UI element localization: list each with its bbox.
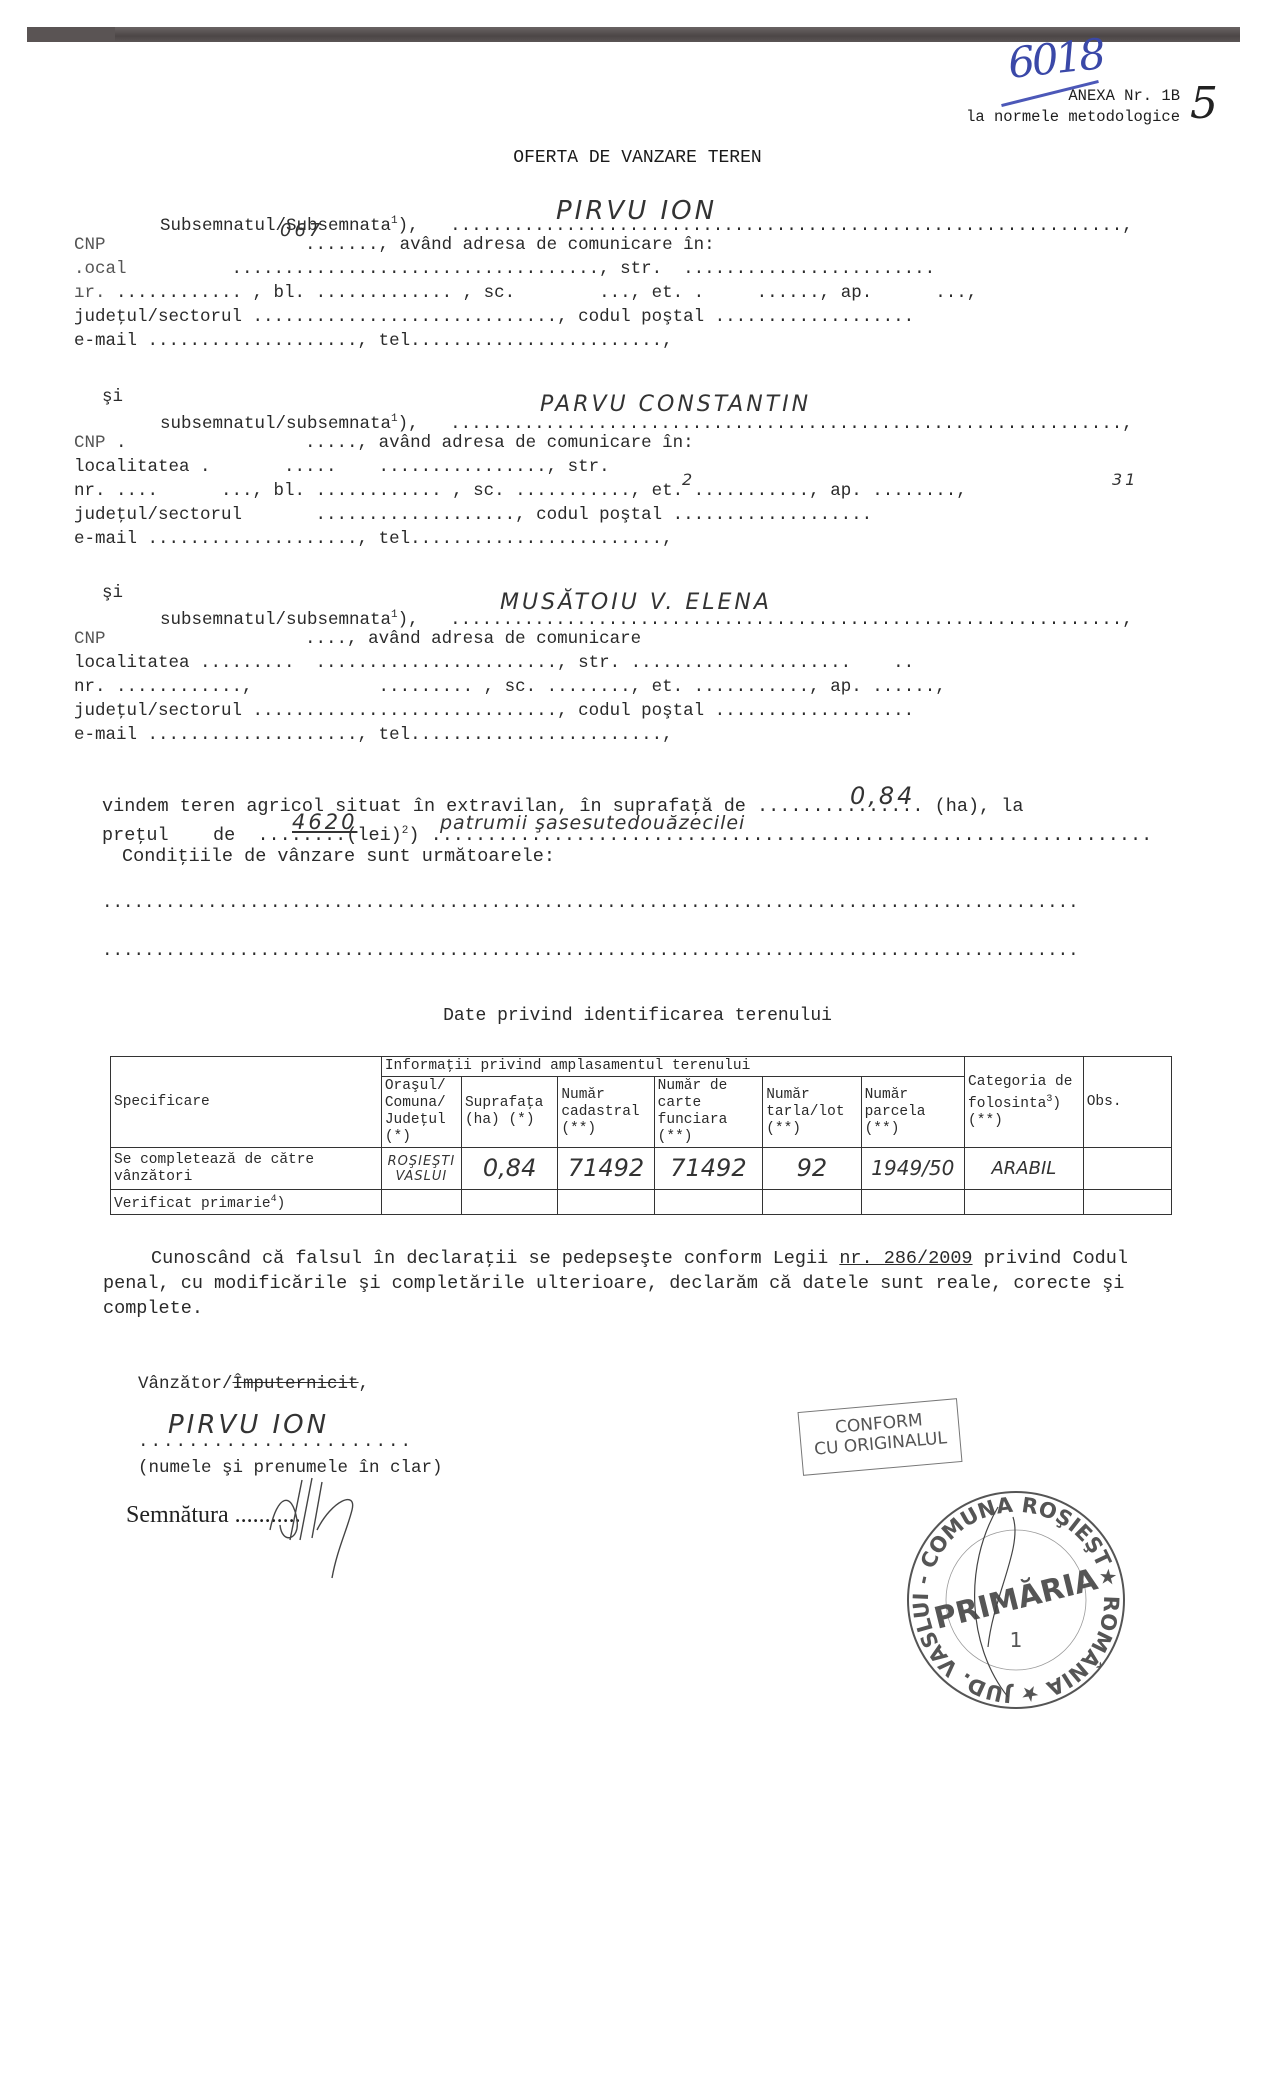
cell-use-category[interactable]: ARABIL bbox=[965, 1148, 1084, 1190]
seller-2-prefix: şi bbox=[102, 386, 123, 408]
header-plot: Număr tarla/lot (**) bbox=[763, 1077, 861, 1148]
cell-plot[interactable] bbox=[763, 1190, 861, 1215]
seller-1-county-line: judeţul/sectorul .......................… bbox=[74, 306, 914, 328]
svg-text:1: 1 bbox=[1010, 1628, 1023, 1652]
cell-parcel[interactable]: 1949/50 bbox=[861, 1148, 964, 1190]
seller-3-nr-line: nr. ............, ......... , sc. ......… bbox=[74, 676, 946, 698]
seller-2-sc-value[interactable]: 2 bbox=[682, 470, 695, 489]
area-value[interactable]: 0,84 bbox=[850, 782, 915, 810]
cell-parcel[interactable] bbox=[861, 1190, 964, 1215]
cell-city[interactable] bbox=[381, 1190, 461, 1215]
table-title: Date privind identificarea terenului bbox=[0, 1006, 1275, 1026]
seller-3-locality-line: localitatea ......... ..................… bbox=[74, 652, 914, 674]
seller-2-nr-line: nr. .... ..., bl. ............ , sc. ...… bbox=[74, 480, 967, 502]
seller-name-dots: ...................... bbox=[138, 1432, 413, 1452]
header-location-group: Informaţii privind amplasamentul terenul… bbox=[381, 1057, 964, 1077]
declaration-text: Cunoscând că falsul în declaraţii se ped… bbox=[103, 1246, 1203, 1321]
seller-signature-block: Vânzător/Împuternicit, PIRVU ION .......… bbox=[138, 1374, 369, 1394]
seller-3-prefix: şi bbox=[102, 582, 123, 604]
cell-land-book[interactable]: 71492 bbox=[654, 1148, 763, 1190]
header-specification: Specificare bbox=[111, 1057, 382, 1148]
cell-area[interactable]: 0,84 bbox=[461, 1148, 557, 1190]
header-land-book: Număr de carte funciara (**) bbox=[654, 1077, 763, 1148]
law-reference: nr. 286/2009 bbox=[839, 1248, 972, 1269]
seller-2-name[interactable]: PARVU CONSTANTIN bbox=[540, 392, 811, 417]
seller-3-cnp-line: CNP ...., având adresa de comunicare bbox=[74, 628, 641, 650]
header-obs: Obs. bbox=[1083, 1057, 1171, 1148]
seller-1-nr-line: ır. ............ , bl. ............. , s… bbox=[74, 282, 977, 304]
annex-header: ANEXA Nr. 1B la normele metodologice bbox=[966, 86, 1180, 128]
seller-2-locality-line: localitatea . ..... ................, st… bbox=[74, 456, 610, 478]
cell-area[interactable] bbox=[461, 1190, 557, 1215]
document-title: OFERTA DE VANZARE TEREN bbox=[0, 148, 1275, 168]
seller-2-email-line: e-mail ...................., tel........… bbox=[74, 528, 673, 550]
conditions-line-2[interactable]: ........................................… bbox=[102, 940, 1079, 962]
seller-1-email-line: e-mail ...................., tel........… bbox=[74, 330, 673, 352]
header-area: Suprafaţa (ha) (*) bbox=[461, 1077, 557, 1148]
registration-number: 6018 bbox=[1006, 29, 1105, 88]
seller-2-county-line: judeţul/sectorul ..................., co… bbox=[74, 504, 872, 526]
row-label: Verificat primarie4) bbox=[111, 1190, 382, 1215]
table-row: Verificat primarie4) bbox=[111, 1190, 1172, 1215]
seller-2-cnp-line: CNP . ....., având adresa de comunicare … bbox=[74, 432, 694, 454]
seller-1-name[interactable]: PIRVU ION bbox=[556, 196, 717, 226]
annex-number: ANEXA Nr. 1B bbox=[966, 86, 1180, 107]
seller-1-cnp-line: CNP ......., având adresa de comunicare … bbox=[74, 234, 715, 256]
primaria-seal: ★ ROMÂNIA ★ JUD. VASLUI - COMUNA ROŞIEŞT… bbox=[903, 1487, 1129, 1713]
header-cadastral: Număr cadastral (**) bbox=[558, 1077, 654, 1148]
header-parcel: Număr parcela (**) bbox=[861, 1077, 964, 1148]
land-identification-table: Specificare Informaţii privind amplasame… bbox=[110, 1056, 1172, 1215]
seller-3-name[interactable]: MUSĂTOIU V. ELENA bbox=[500, 590, 772, 615]
seller-1-locality-line: .ocal ..................................… bbox=[74, 258, 935, 280]
cell-obs[interactable] bbox=[1083, 1190, 1171, 1215]
seller-3-email-line: e-mail ...................., tel........… bbox=[74, 724, 673, 746]
seller-2-ap-value[interactable]: 31 bbox=[1112, 470, 1138, 489]
cell-use-category[interactable] bbox=[965, 1190, 1084, 1215]
page-number: 5 bbox=[1190, 78, 1218, 129]
seller-1-cnp-value[interactable]: 067 bbox=[280, 220, 323, 241]
conditions-label: Condiţiile de vânzare sunt următoarele: bbox=[122, 846, 555, 868]
signature-scrawl[interactable] bbox=[262, 1470, 382, 1580]
cell-land-book[interactable] bbox=[654, 1190, 763, 1215]
price-in-words[interactable]: patrumii şasesutedouăzecilei bbox=[440, 812, 745, 834]
conditions-line-1[interactable]: ........................................… bbox=[102, 892, 1079, 914]
cell-city[interactable]: ROŞIEŞTI VASLUI bbox=[381, 1148, 461, 1190]
cell-cadastral[interactable] bbox=[558, 1190, 654, 1215]
cell-cadastral[interactable]: 71492 bbox=[558, 1148, 654, 1190]
seller-role: Vânzător/Împuternicit, bbox=[138, 1374, 369, 1394]
cell-plot[interactable]: 92 bbox=[763, 1148, 861, 1190]
table-row: Se completează de către vânzători ROŞIEŞ… bbox=[111, 1148, 1172, 1190]
header-use-category: Categoria de folosinta3) (**) bbox=[965, 1057, 1084, 1148]
row-label: Se completează de către vânzători bbox=[111, 1148, 382, 1190]
svg-text:PRIMĂRIA: PRIMĂRIA bbox=[930, 1560, 1102, 1636]
seller-3-county-line: judeţul/sectorul .......................… bbox=[74, 700, 914, 722]
conform-stamp: CONFORM CU ORIGINALUL bbox=[798, 1398, 963, 1476]
cell-obs[interactable] bbox=[1083, 1148, 1171, 1190]
header-city: Oraşul/ Comuna/ Judeţul (*) bbox=[381, 1077, 461, 1148]
annex-subtitle: la normele metodologice bbox=[966, 107, 1180, 128]
price-value[interactable]: 4620 bbox=[292, 810, 357, 834]
